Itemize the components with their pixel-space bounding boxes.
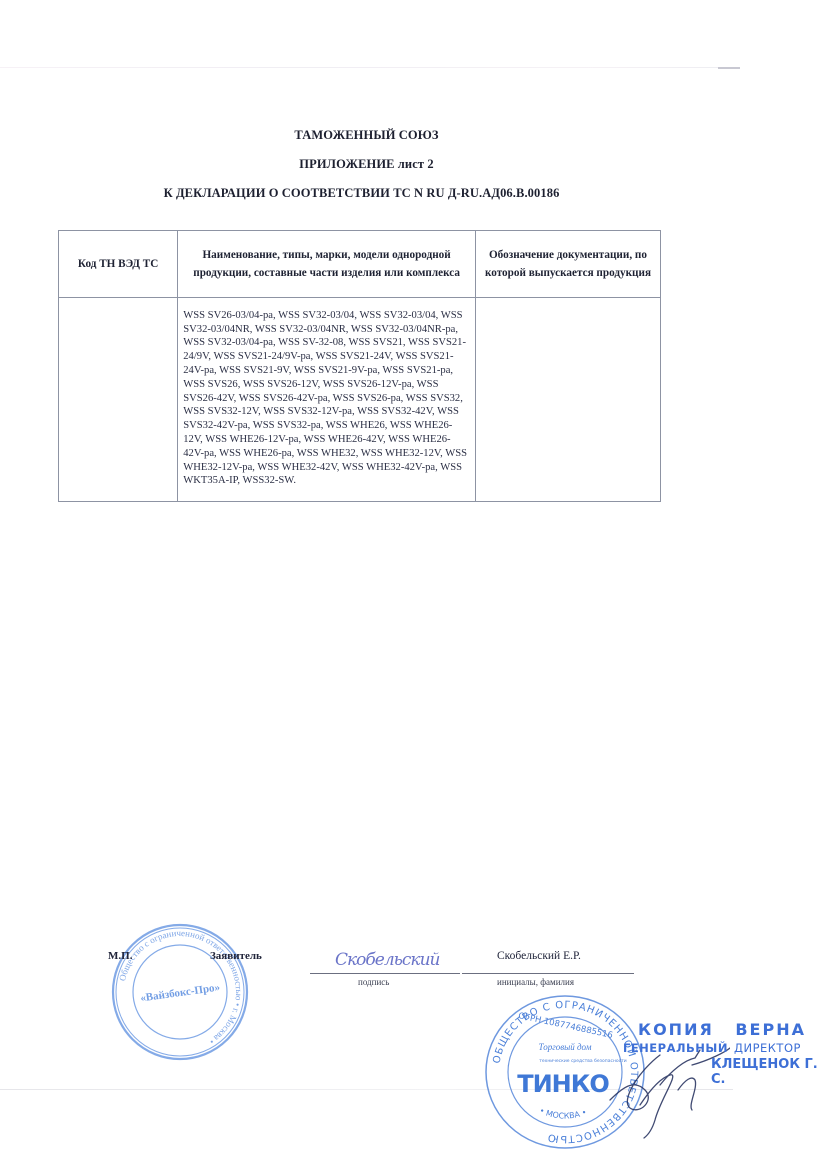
cell-documentation: [475, 298, 660, 502]
name-line: [462, 973, 634, 974]
signature-line: [310, 973, 460, 974]
certifier-bottom-text: • МОСКВА •: [538, 1106, 588, 1121]
signature-caption: подпись: [358, 977, 389, 987]
director-position-gen: ГЕНЕРАЛЬНЫЙ: [623, 1041, 728, 1055]
union-title: ТАМОЖЕННЫЙ СОЮЗ: [0, 128, 733, 143]
handwritten-signature: Скобельский: [335, 950, 439, 970]
signer-name: Скобельский Е.Р.: [497, 950, 581, 962]
copy-certified-stamp: КОПИЯ ВЕРНА: [638, 1020, 806, 1039]
tinko-logo: ТИНКО: [517, 1070, 609, 1098]
director-name: КЛЕЩЕНОК Г. С.: [711, 1057, 823, 1087]
applicant-stamp: Общество с ограниченной ответственностью…: [110, 922, 250, 1062]
table-row: WSS SV26-03/04-pa, WSS SV32-03/04, WSS S…: [59, 298, 661, 502]
mp-label: М.П.: [108, 950, 132, 962]
products-table: Код ТН ВЭД ТС Наименование, типы, марки,…: [58, 230, 661, 502]
certifier-subtitle: Торговый дом: [539, 1042, 592, 1052]
cell-models: WSS SV26-03/04-pa, WSS SV32-03/04, WSS S…: [178, 298, 476, 502]
scan-top-edge: [0, 67, 740, 68]
director-position-dir: ДИРЕКТОР: [734, 1041, 801, 1055]
declaration-title: К ДЕКЛАРАЦИИ О СООТВЕТСТВИИ ТС N RU Д-RU…: [0, 186, 728, 201]
table-header-row: Код ТН ВЭД ТС Наименование, типы, марки,…: [59, 231, 661, 298]
scan-mark: [718, 67, 740, 69]
name-caption: инициалы, фамилия: [497, 977, 574, 987]
applicant-stamp-center: «Вайзбокс-Про»: [140, 981, 221, 1004]
applicant-label: Заявитель: [210, 950, 262, 962]
director-position: ГЕНЕРАЛЬНЫЙДИРЕКТОР: [623, 1041, 801, 1055]
column-header-name: Наименование, типы, марки, модели одноро…: [178, 231, 476, 298]
column-header-code: Код ТН ВЭД ТС: [59, 231, 178, 298]
column-header-documentation: Обозначение документации, по которой вып…: [475, 231, 660, 298]
appendix-title: ПРИЛОЖЕНИЕ лист 2: [0, 157, 733, 172]
cell-code: [59, 298, 178, 502]
